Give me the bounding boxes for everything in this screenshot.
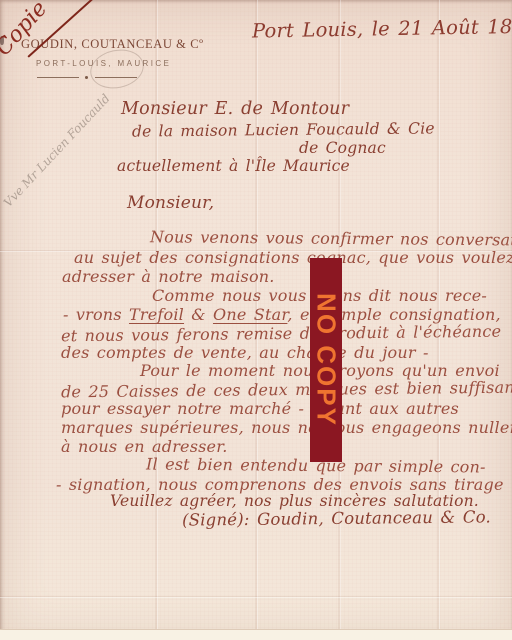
recipient-company: de la maison Lucien Foucauld & Cie <box>132 119 435 140</box>
body-text: - vrons <box>63 305 129 324</box>
brand-one-star: One Star <box>213 305 287 324</box>
rule-dot <box>85 76 88 79</box>
fold-line-horizontal <box>0 596 512 597</box>
body-line: Nous venons vous confirmer nos conversat… <box>150 227 512 249</box>
rule-segment <box>37 77 79 78</box>
body-line: marques supérieures, nous ne nous engage… <box>61 418 512 437</box>
brand-trefoil: Trefoil <box>129 305 184 324</box>
no-copy-label: NO COPY <box>311 293 342 427</box>
body-text: & <box>184 305 213 324</box>
body-line: - vrons Trefoil & One Star, en simple co… <box>63 305 501 324</box>
body-line: des comptes de vente, au change du jour … <box>61 343 429 362</box>
body-line: au sujet des consignations cognac, que v… <box>74 248 512 267</box>
salutation: Monsieur, <box>127 193 214 213</box>
no-copy-watermark: NO COPY <box>310 258 342 462</box>
body-line: à nous en adresser. <box>61 437 228 456</box>
signature: (Signé): Goudin, Coutanceau & Co. <box>182 507 491 529</box>
recipient-city: de Cognac <box>299 139 386 157</box>
paper-bottom-edge <box>0 629 512 640</box>
recipient-name: Monsieur E. de Montour <box>121 99 349 119</box>
dateline: Port Louis, le 21 Août 1884. <box>252 14 512 42</box>
body-line: adresser à notre maison. <box>62 267 275 286</box>
recipient-location: actuellement à l'Île Maurice <box>117 157 350 175</box>
letter-scan: GOUDIN, COUTANCEAU & Cº PORT-LOUIS, MAUR… <box>0 0 512 640</box>
body-line: pour essayer notre marché - Quant aux au… <box>61 399 459 418</box>
